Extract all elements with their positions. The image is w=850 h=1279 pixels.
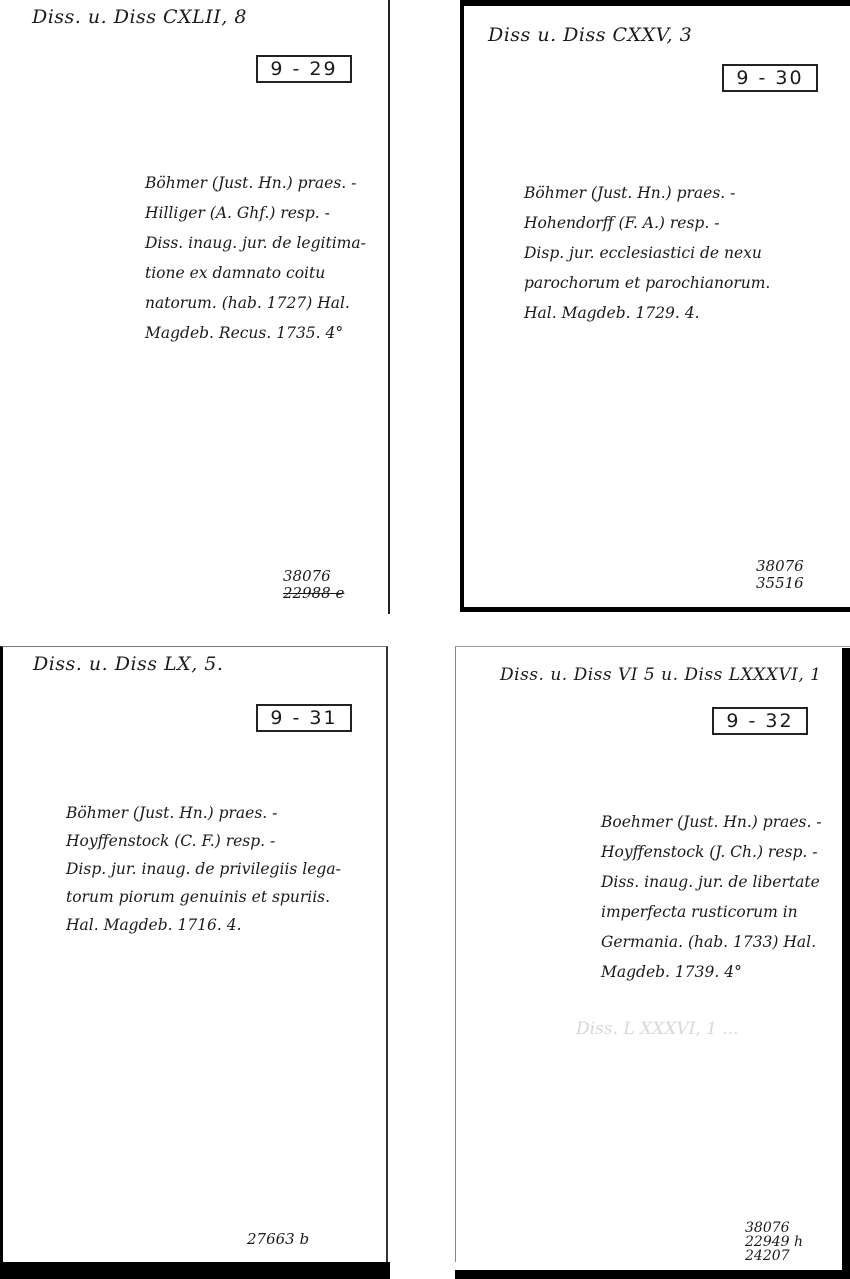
catalog-entry: Böhmer (Just. Hn.) praes. - Hohendorff (… [524,178,770,328]
accession-numbers: 38076 22949 h 24207 [745,1221,803,1263]
accession-number: 27663 b [247,1231,309,1248]
accession-number: 22988 e [283,585,344,602]
accession-number: 35516 [756,575,804,592]
entry-line-title: Disp. jur. ecclesiastici de nexu [524,238,770,268]
accession-numbers: 38076 22988 e [283,568,344,602]
accession-number: 24207 [745,1249,803,1263]
entry-line-respondent: Hoyffenstock (J. Ch.) resp. - [601,837,822,867]
entry-line-respondent: Hilliger (A. Ghf.) resp. - [145,198,366,228]
call-number: 9 - 29 [256,55,352,83]
entry-line-title: tione ex damnato coitu [145,258,366,288]
catalog-entry: Böhmer (Just. Hn.) praes. - Hoyffenstock… [66,799,341,939]
entry-line-author: Boehmer (Just. Hn.) praes. - [601,807,822,837]
entry-line-imprint: natorum. (hab. 1727) Hal. [145,288,366,318]
entry-line-respondent: Hoyffenstock (C. F.) resp. - [66,827,341,855]
entry-line-title: Diss. inaug. jur. de legitima- [145,228,366,258]
scan-edge [0,1262,390,1279]
catalog-card-9-32: Diss. u. Diss VI 5 u. Diss LXXXVI, 1 9 -… [455,646,850,1262]
catalog-card-9-30: Diss u. Diss CXXV, 3 9 - 30 Böhmer (Just… [460,0,850,612]
catalog-card-9-31: Diss. u. Diss LX, 5. 9 - 31 Böhmer (Just… [0,646,388,1262]
call-number: 9 - 31 [256,704,352,732]
entry-line-title: imperfecta rusticorum in [601,897,822,927]
entry-line-author: Böhmer (Just. Hn.) praes. - [524,178,770,208]
catalog-entry: Boehmer (Just. Hn.) praes. - Hoyffenstoc… [601,807,822,987]
entry-line-imprint: Hal. Magdeb. 1729. 4. [524,298,770,328]
entry-line-imprint: Magdeb. 1739. 4° [601,957,822,987]
catalog-entry: Böhmer (Just. Hn.) praes. - Hilliger (A.… [145,168,366,348]
scan-edge [842,648,850,1279]
shelfmark: Diss. u. Diss CXLII, 8 [32,6,247,28]
shelfmark: Diss u. Diss CXXV, 3 [488,24,692,46]
entry-line-respondent: Hohendorff (F. A.) resp. - [524,208,770,238]
accession-number: 22949 h [745,1235,803,1249]
entry-line-title: torum piorum genuinis et spuriis. [66,883,341,911]
entry-line-title: Disp. jur. inaug. de privilegiis lega- [66,855,341,883]
accession-number: 38076 [283,568,344,585]
entry-line-imprint: Hal. Magdeb. 1716. 4. [66,911,341,939]
entry-line-title: Diss. inaug. jur. de libertate [601,867,822,897]
shelfmark: Diss. u. Diss VI 5 u. Diss LXXXVI, 1 [500,665,822,685]
entry-line-imprint: Germania. (hab. 1733) Hal. [601,927,822,957]
accession-numbers: 27663 b [247,1231,309,1248]
call-number: 9 - 30 [722,64,818,92]
accession-number: 38076 [745,1221,803,1235]
entry-line-imprint: Magdeb. Recus. 1735. 4° [145,318,366,348]
accession-number: 38076 [756,558,804,575]
entry-line-author: Böhmer (Just. Hn.) praes. - [66,799,341,827]
entry-line-title: parochorum et parochianorum. [524,268,770,298]
shelfmark: Diss. u. Diss LX, 5. [33,653,223,675]
accession-numbers: 38076 35516 [756,558,804,592]
faint-show-through-note: Diss. L XXXVI, 1 ... [576,1019,739,1039]
entry-line-author: Böhmer (Just. Hn.) praes. - [145,168,366,198]
call-number: 9 - 32 [712,707,808,735]
scan-edge [455,1270,850,1279]
catalog-card-9-29: Diss. u. Diss CXLII, 8 9 - 29 Böhmer (Ju… [0,0,390,614]
